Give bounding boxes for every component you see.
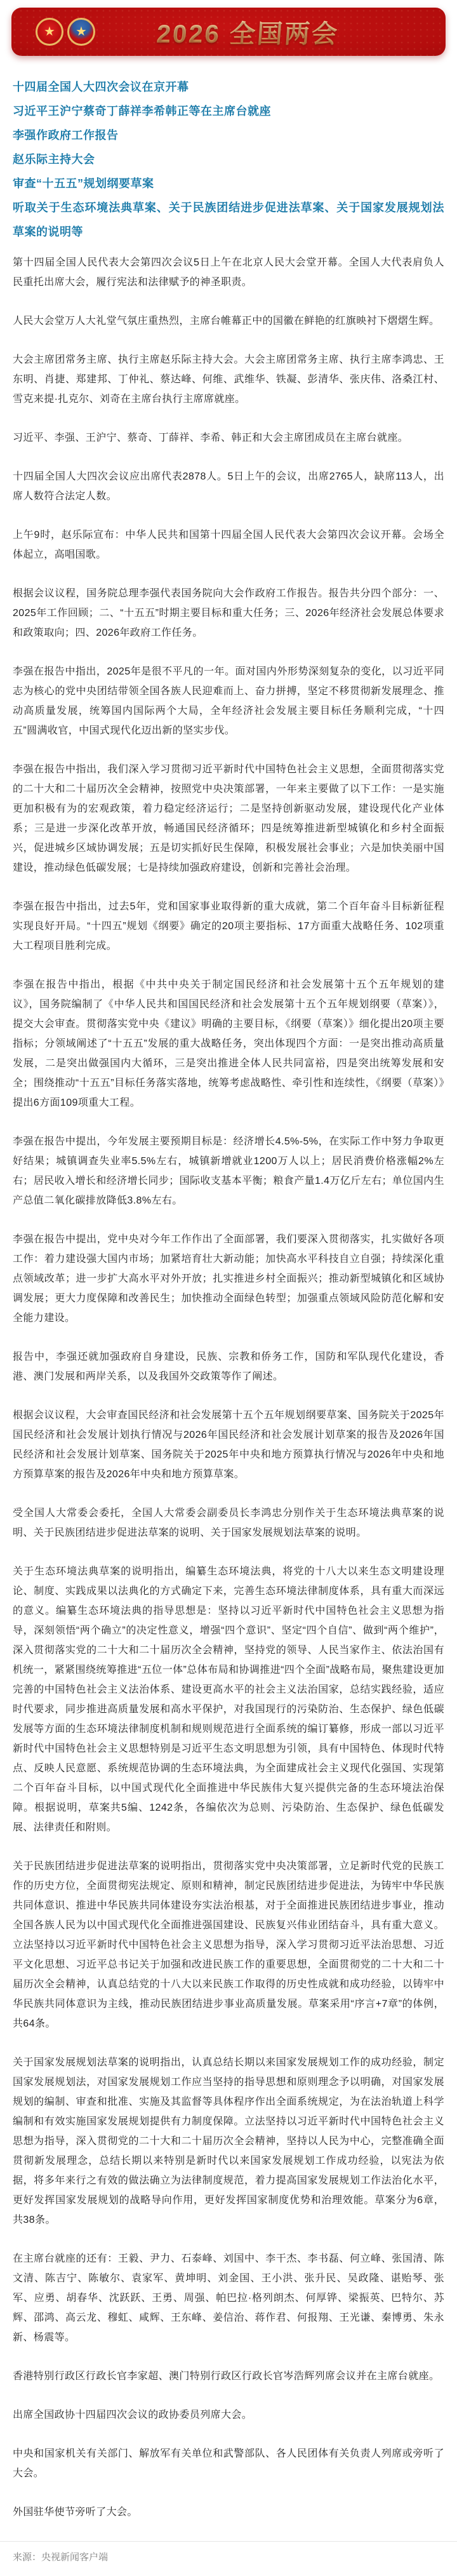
national-emblem-icon: ★ bbox=[36, 18, 63, 46]
article-paragraph: 根据会议议程，国务院总理李强代表国务院向大会作政府工作报告。报告共分四个部分：一… bbox=[13, 584, 444, 643]
article-paragraph: 关于民族团结进步促进法草案的说明指出，贯彻落实党中央决策部署，立足新时代党的民族… bbox=[13, 1856, 444, 2034]
article-paragraph: 受全国人大常委会委托，全国人大常委会副委员长李鸿忠分别作关于生态环境法典草案的说… bbox=[13, 1503, 444, 1543]
headline-block: 十四届全国人大四次会议在京开幕 习近平王沪宁蔡奇丁薛祥李希韩正等在主席台就座 李… bbox=[0, 56, 457, 244]
article-paragraph: 上午9时，赵乐际宣布：中华人民共和国第十四届全国人民代表大会第四次会议开幕。会场… bbox=[13, 525, 444, 565]
cppcc-emblem-icon: ★ bbox=[67, 18, 95, 46]
article-page: ★ ★ 2026 全国两会 十四届全国人大四次会议在京开幕 习近平王沪宁蔡奇丁薛… bbox=[0, 8, 457, 2576]
article-paragraph: 李强在报告中提出，今年发展主要预期目标是：经济增长4.5%-5%，在实际工作中努… bbox=[13, 1132, 444, 1211]
two-sessions-banner: ★ ★ 2026 全国两会 bbox=[11, 8, 446, 56]
article-paragraph: 出席全国政协十四届四次会议的政协委员列席大会。 bbox=[13, 2405, 444, 2425]
article-paragraph: 中央和国家机关有关部门、解放军有关单位和武警部队、各人民团体有关负责人列席或旁听… bbox=[13, 2444, 444, 2483]
article-paragraph: 根据会议议程，大会审查国民经济和社会发展第十五个五年规划纲要草案、国务院关于20… bbox=[13, 1405, 444, 1484]
headline-line: 习近平王沪宁蔡奇丁薛祥李希韩正等在主席台就座 bbox=[13, 99, 444, 123]
article-paragraph: 习近平、李强、王沪宁、蔡奇、丁薛祥、李希、韩正和大会主席团成员在主席台就座。 bbox=[13, 428, 444, 448]
article-paragraph: 大会主席团常务主席、执行主席赵乐际主持大会。大会主席团常务主席、执行主席李鸿忠、… bbox=[13, 350, 444, 409]
headline-line: 听取关于生态环境法典草案、关于民族团结进步促进法草案、关于国家发展规划法草案的说… bbox=[13, 196, 444, 244]
banner-title-wrap: 2026 全国两会 bbox=[95, 14, 446, 50]
article-paragraph: 关于生态环境法典草案的说明指出，编纂生态环境法典，将党的十八大以来生态文明建设理… bbox=[13, 1562, 444, 1837]
article-paragraph: 香港特别行政区行政长官李家超、澳门特别行政区行政长官岑浩辉列席会议并在主席台就座… bbox=[13, 2366, 444, 2386]
article-paragraph: 李强在报告中提出，党中央对今年工作作出了全面部署，我们要深入贯彻落实，扎实做好各… bbox=[13, 1230, 444, 1328]
article-paragraph: 人民大会堂万人大礼堂气氛庄重热烈，主席台帷幕正中的国徽在鲜艳的红旗映衬下熠熠生辉… bbox=[13, 311, 444, 331]
headline-line: 李强作政府工作报告 bbox=[13, 123, 444, 147]
article-paragraph: 关于国家发展规划法草案的说明指出，认真总结长期以来国家发展规划工作的成功经验，制… bbox=[13, 2053, 444, 2230]
article-paragraph: 第十四届全国人民代表大会第四次会议5日上午在北京人民大会堂开幕。全国人大代表肩负… bbox=[13, 253, 444, 292]
article-paragraph: 李强在报告中指出，2025年是很不平凡的一年。面对国内外形势深刻复杂的变化，以习… bbox=[13, 662, 444, 741]
article-paragraph: 李强在报告中指出，根据《中共中央关于制定国民经济和社会发展第十五个五年规划的建议… bbox=[13, 975, 444, 1113]
article-footer: 来源：央视新闻客户端 bbox=[0, 2541, 457, 2576]
article-paragraph: 在主席台就座的还有：王毅、尹力、石泰峰、刘国中、李干杰、李书磊、何立峰、张国清、… bbox=[13, 2249, 444, 2347]
source-label: 来源：央视新闻客户端 bbox=[13, 2551, 444, 2565]
article-body: 第十四届全国人民代表大会第四次会议5日上午在北京人民大会堂开幕。全国人大代表肩负… bbox=[0, 244, 457, 2522]
article-paragraph: 报告中，李强还就加强政府自身建设，民族、宗教和侨务工作，国防和军队现代化建设，香… bbox=[13, 1347, 444, 1386]
article-paragraph: 李强在报告中指出，我们深入学习贯彻习近平新时代中国特色社会主义思想，全面贯彻落实… bbox=[13, 760, 444, 878]
article-paragraph: 十四届全国人大四次会议应出席代表2878人。5日上午的会议，出席2765人，缺席… bbox=[13, 467, 444, 506]
article-paragraph: 外国驻华使节旁听了大会。 bbox=[13, 2502, 444, 2522]
banner-title: 2026 全国两会 bbox=[156, 14, 340, 50]
headline-line: 十四届全国人大四次会议在京开幕 bbox=[13, 75, 444, 99]
article-paragraph: 李强在报告中指出，过去5年，党和国家事业取得新的重大成就，第二个百年奋斗目标新征… bbox=[13, 897, 444, 956]
headline-line: 审查“十五五”规划纲要草案 bbox=[13, 171, 444, 196]
emblem-group: ★ ★ bbox=[36, 18, 95, 46]
headline-line: 赵乐际主持大会 bbox=[13, 147, 444, 171]
